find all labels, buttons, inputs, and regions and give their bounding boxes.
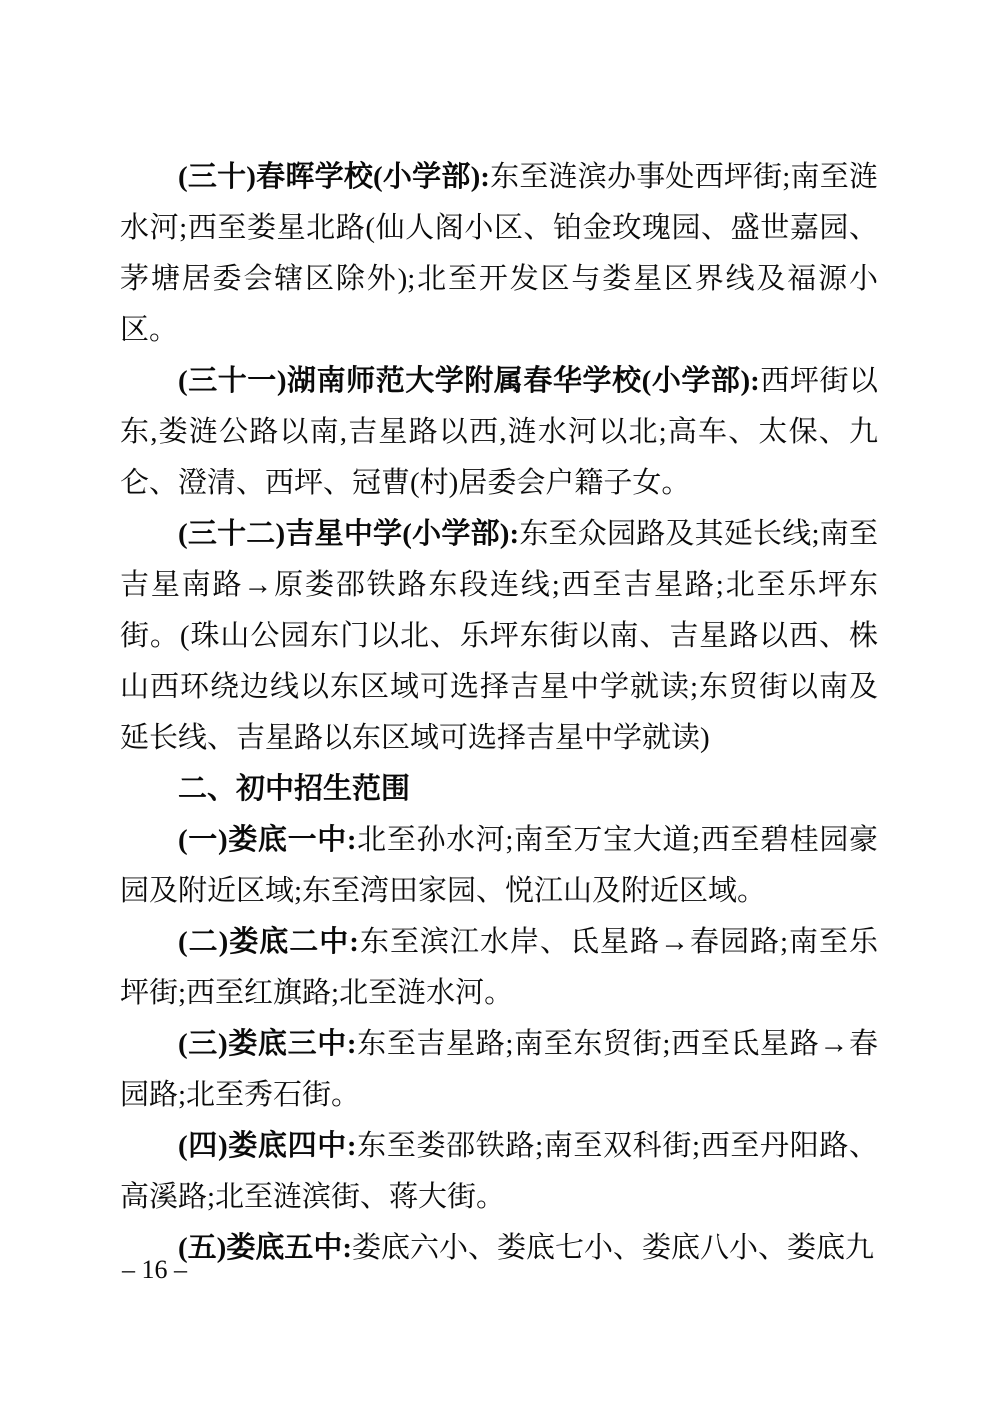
paragraph-lead: (一)娄底一中:	[178, 824, 357, 856]
paragraph-middle-school-1: (一)娄底一中:北至孙水河;南至万宝大道;西至碧桂园豪园及附近区域;东至湾田家园…	[120, 815, 878, 917]
paragraph-text: 东至众园路及其延长线;南至吉星南路→原娄邵铁路东段连线;西至吉星路;北至乐坪东街…	[120, 518, 878, 754]
paragraph-middle-school-5: (五)娄底五中:娄底六小、娄底七小、娄底八小、娄底九	[120, 1223, 878, 1274]
paragraph-school-31: (三十一)湖南师范大学附属春华学校(小学部):西坪街以东,娄涟公路以南,吉星路以…	[120, 356, 878, 509]
paragraph-middle-school-4: (四)娄底四中:东至娄邵铁路;南至双科街;西至丹阳路、高溪路;北至涟滨街、蒋大街…	[120, 1121, 878, 1223]
paragraph-lead: (三)娄底三中:	[178, 1028, 357, 1060]
section-heading-text: 二、初中招生范围	[178, 773, 410, 805]
paragraph-lead: (五)娄底五中:	[178, 1232, 352, 1264]
page-footer: – 16 –	[122, 1254, 187, 1286]
paragraph-lead: (三十)春晖学校(小学部):	[178, 161, 490, 193]
paragraph-lead: (三十一)湖南师范大学附属春华学校(小学部):	[178, 365, 760, 397]
paragraph-lead: (三十二)吉星中学(小学部):	[178, 518, 519, 550]
document-body: (三十)春晖学校(小学部):东至涟滨办事处西坪街;南至涟水河;西至娄星北路(仙人…	[120, 152, 878, 1276]
paragraph-middle-school-3: (三)娄底三中:东至吉星路;南至东贸街;西至氐星路→春园路;北至秀石街。	[120, 1019, 878, 1121]
section-heading-junior-high: 二、初中招生范围	[120, 764, 878, 815]
paragraph-school-30: (三十)春晖学校(小学部):东至涟滨办事处西坪街;南至涟水河;西至娄星北路(仙人…	[120, 152, 878, 356]
paragraph-lead: (四)娄底四中:	[178, 1130, 357, 1162]
paragraph-middle-school-2: (二)娄底二中:东至滨江水岸、氐星路→春园路;南至乐坪街;西至红旗路;北至涟水河…	[120, 917, 878, 1019]
paragraph-lead: (二)娄底二中:	[178, 926, 359, 958]
page-number: – 16 –	[122, 1255, 187, 1284]
paragraph-school-32: (三十二)吉星中学(小学部):东至众园路及其延长线;南至吉星南路→原娄邵铁路东段…	[120, 509, 878, 764]
document-page: (三十)春晖学校(小学部):东至涟滨办事处西坪街;南至涟水河;西至娄星北路(仙人…	[0, 0, 991, 1403]
paragraph-text: 娄底六小、娄底七小、娄底八小、娄底九	[352, 1232, 874, 1264]
